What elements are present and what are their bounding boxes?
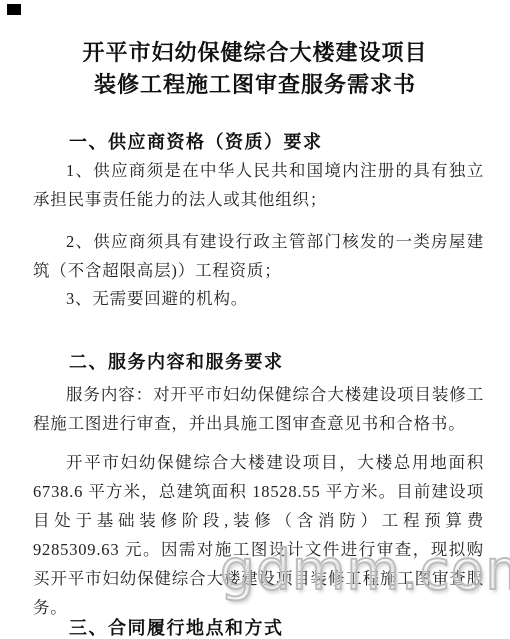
document-title-line2: 装修工程施工图审查服务需求书 bbox=[0, 69, 510, 101]
supplier-requirement-1: 1、供应商须是在中华人民共和国境内注册的具有独立承担民事责任能力的法人或其他组织… bbox=[33, 156, 484, 214]
document-title-line1: 开平市妇幼保健综合大楼建设项目 bbox=[0, 37, 510, 69]
section-2-heading: 二、服务内容和服务要求 bbox=[33, 350, 484, 375]
document-page: 开平市妇幼保健综合大楼建设项目 装修工程施工图审查服务需求书 一、供应商资格（资… bbox=[0, 0, 510, 639]
service-content-paragraph: 服务内容：对开平市妇幼保健综合大楼建设项目装修工程施工图进行审查，并出具施工图审… bbox=[33, 380, 484, 438]
project-description-paragraph: 开平市妇幼保健综合大楼建设项目，大楼总用地面积 6738.6 平方米，总建筑面积… bbox=[33, 448, 484, 622]
section-3-heading: 三、合同履行地点和方式 bbox=[33, 616, 484, 639]
section-1-heading: 一、供应商资格（资质）要求 bbox=[33, 130, 484, 155]
scan-artifact bbox=[7, 4, 21, 15]
supplier-requirement-2: 2、供应商须具有建设行政主管部门核发的一类房屋建筑（不含超限高层)）工程资质； bbox=[33, 227, 484, 285]
supplier-requirement-3: 3、无需要回避的机构。 bbox=[33, 284, 484, 313]
document-title: 开平市妇幼保健综合大楼建设项目 装修工程施工图审查服务需求书 bbox=[0, 37, 510, 101]
